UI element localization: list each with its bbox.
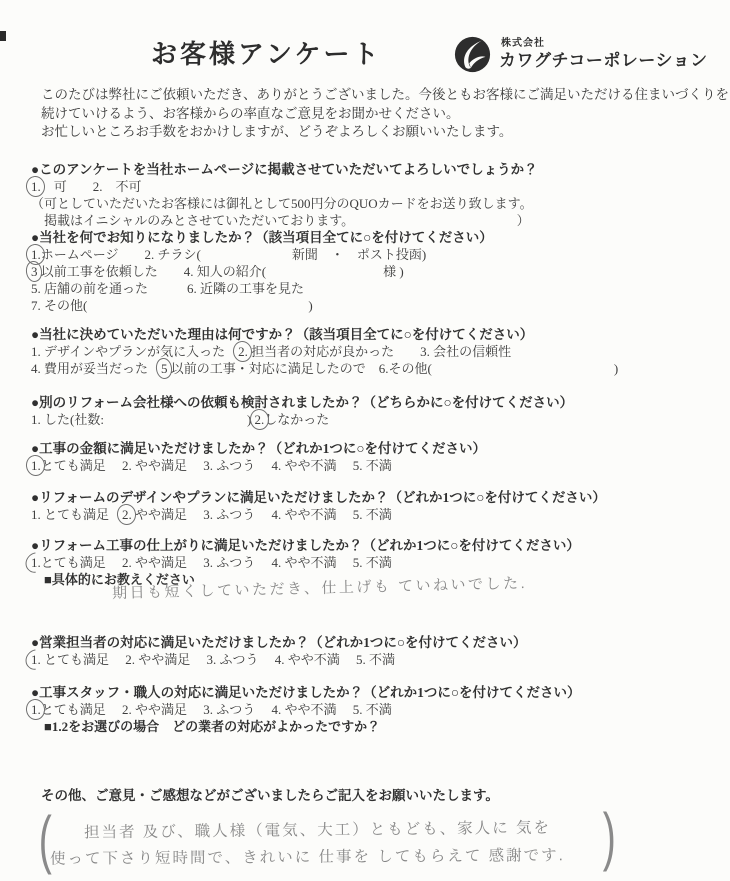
option-text: 1. した(社数: ) bbox=[31, 412, 255, 427]
question-block-1: ●このアンケートを当社ホームページに掲載させていただいてよろしいでしょうか？1.… bbox=[31, 161, 718, 229]
question-options-row: 1. 可 2. 不可 bbox=[31, 178, 718, 195]
question-options-row: 1. デザインやプランが気に入った 2. 担当者の対応が良かった 3. 会社の信… bbox=[31, 343, 718, 360]
handwritten-circle-mark: 2. bbox=[238, 343, 248, 360]
page-title: お客様アンケート bbox=[151, 34, 381, 71]
handwritten-circle-mark: 3 bbox=[31, 263, 38, 280]
question-options-row: ■1.2をお選びの場合 どの業者の対応がよかったですか？ bbox=[31, 718, 718, 735]
option-text: 4. 費用が妥当だった bbox=[31, 361, 161, 376]
option-text: とても満足 2. やや満足 3. ふつう 4. やや不満 5. 不満 bbox=[41, 458, 392, 473]
handwritten-circle-mark: 1. bbox=[31, 178, 41, 195]
question-options-row: 1. とても満足 2. やや満足 3. ふつう 4. やや不満 5. 不満 bbox=[31, 651, 718, 668]
question-heading: ●リフォーム工事の仕上がりに満足いただけましたか？（どれか1つに○を付けてくださ… bbox=[31, 537, 718, 554]
option-text: とても満足 2. やや満足 3. ふつう 4. やや不満 5. 不満 bbox=[41, 652, 395, 667]
handwritten-comment-line: 担当者 及び、職人様（電気、大工）ともども、家人に 気を bbox=[84, 816, 551, 843]
question-options-row: 1. とても満足 2. やや満足 3. ふつう 4. やや不満 5. 不満 bbox=[31, 506, 718, 523]
sub-question-label: ■1.2をお選びの場合 どの業者の対応がよかったですか？ bbox=[31, 719, 380, 734]
question-options-row: 1.ホームページ 2. チラシ( 新聞 ・ ポスト投函) bbox=[31, 246, 718, 263]
question-options-row: 4. 費用が妥当だった 5 以前の工事・対応に満足したので 6.その他( ) bbox=[31, 360, 718, 377]
question-options-row: 1.とても満足 2. やや満足 3. ふつう 4. やや不満 5. 不満 bbox=[31, 554, 718, 571]
question-options-row: 掲載はイニシャルのみとさせていただいております。 ） bbox=[31, 212, 718, 229]
option-text: 可 2. 不可 bbox=[41, 179, 142, 194]
option-text: とても満足 2. やや満足 3. ふつう 4. やや不満 5. 不満 bbox=[41, 702, 392, 717]
handwritten-circle-mark: 2. bbox=[122, 506, 132, 523]
handwritten-circle-mark: 1. bbox=[31, 457, 41, 474]
question-options-row: 1.とても満足 2. やや満足 3. ふつう 4. やや不満 5. 不満 bbox=[31, 701, 718, 718]
question-options-row: 1. した(社数: ) 2.しなかった bbox=[31, 411, 718, 428]
question-heading: ●別のリフォーム会社様への依頼も検討されましたか？（どちらかに○を付けてください… bbox=[31, 394, 718, 411]
question-options-row: 7. その他( ) bbox=[31, 297, 718, 314]
intro-line: お忙しいところお手数をおかけしますが、どうぞよろしくお願いいたします。 bbox=[41, 123, 729, 142]
question-heading: ●当社に決めていただいた理由は何ですか？（該当項目全てに○を付けてください） bbox=[31, 326, 718, 343]
handwritten-circle-mark: 2. bbox=[255, 411, 265, 428]
question-heading: ●当社を何でお知りになりましたか？（該当項目全てに○を付けてください） bbox=[31, 229, 718, 246]
footer-prompt: その他、ご意見・ご感想などがございましたらご記入をお願いいたします。 bbox=[41, 784, 499, 804]
handwritten-comment-line: 使って下さり短時間で、きれいに 仕事を してもらえて 感謝です. bbox=[50, 843, 565, 869]
handwritten-circle-mark: 5 bbox=[161, 360, 168, 377]
handwritten-circle-mark: 1. bbox=[31, 554, 41, 571]
question-heading: ●営業担当者の対応に満足いただけましたか？（どれか1つに○を付けてください） bbox=[31, 634, 718, 651]
option-text: とても満足 2. やや満足 3. ふつう 4. やや不満 5. 不満 bbox=[41, 555, 392, 570]
question-block-6: ●リフォームのデザインやプランに満足いただけましたか？（どれか1つに○を付けてく… bbox=[31, 489, 718, 523]
intro-paragraph: このたびは弊社にご依頼いただき、ありがとうございました。今後ともお客様にご満足い… bbox=[41, 86, 729, 142]
company-logo-icon bbox=[454, 36, 491, 73]
scanned-survey-document: お客様アンケート 株式会社 カワグチコーポレーション このたびは弊社にご依頼いた… bbox=[0, 0, 730, 881]
option-text: 7. その他( ) bbox=[31, 298, 313, 313]
option-text: 担当者の対応が良かった 3. 会社の信頼性 bbox=[248, 344, 511, 359]
question-options-row: 3 以前工事を依頼した 4. 知人の紹介( 様 ) bbox=[31, 263, 718, 280]
question-options-row: 1.とても満足 2. やや満足 3. ふつう 4. やや不満 5. 不満 bbox=[31, 457, 718, 474]
question-options-row: 5. 店舗の前を通った 6. 近隣の工事を見た bbox=[31, 280, 718, 297]
handwritten-circle-mark: 1. bbox=[31, 651, 41, 668]
intro-line: 続けていけるよう、お客様からの率直なご意見をお聞かせください。 bbox=[41, 105, 729, 124]
question-block-8: ●営業担当者の対応に満足いただけましたか？（どれか1つに○を付けてください）1.… bbox=[31, 634, 718, 668]
option-text: 1. デザインやプランが気に入った bbox=[31, 344, 238, 359]
option-text: 以前工事を依頼した 4. 知人の紹介( 様 ) bbox=[38, 264, 404, 279]
question-options-row: （可としていただいたお客様には御礼として500円分のQUOカードをお送り致します… bbox=[31, 195, 718, 212]
question-block-3: ●当社に決めていただいた理由は何ですか？（該当項目全てに○を付けてください）1.… bbox=[31, 326, 718, 377]
option-text: 掲載はイニシャルのみとさせていただいております。 ） bbox=[31, 213, 530, 228]
question-block-2: ●当社を何でお知りになりましたか？（該当項目全てに○を付けてください）1.ホーム… bbox=[31, 229, 718, 314]
question-heading: ●工事スタッフ・職人の対応に満足いただけましたか？（どれか1つに○を付けてくださ… bbox=[31, 684, 718, 701]
handwritten-bracket-right: ) bbox=[603, 798, 616, 873]
question-heading: ●このアンケートを当社ホームページに掲載させていただいてよろしいでしょうか？ bbox=[31, 161, 718, 178]
option-text: 以前の工事・対応に満足したので 6.その他( ) bbox=[168, 361, 619, 376]
company-name-label: カワグチコーポレーション bbox=[499, 46, 708, 71]
handwritten-circle-mark: 1. bbox=[31, 701, 41, 718]
option-text: 5. 店舗の前を通った 6. 近隣の工事を見た bbox=[31, 281, 304, 296]
question-heading: ●工事の金額に満足いただけましたか？（どれか1つに○を付けてください） bbox=[31, 440, 718, 457]
scan-edge-artifact bbox=[0, 31, 6, 41]
intro-line: このたびは弊社にご依頼いただき、ありがとうございました。今後ともお客様にご満足い… bbox=[41, 86, 729, 105]
question-heading: ●リフォームのデザインやプランに満足いただけましたか？（どれか1つに○を付けてく… bbox=[31, 489, 718, 506]
question-block-4: ●別のリフォーム会社様への依頼も検討されましたか？（どちらかに○を付けてください… bbox=[31, 394, 718, 428]
question-block-5: ●工事の金額に満足いただけましたか？（どれか1つに○を付けてください）1.とても… bbox=[31, 440, 718, 474]
option-text: 1. とても満足 bbox=[31, 507, 122, 522]
question-block-9: ●工事スタッフ・職人の対応に満足いただけましたか？（どれか1つに○を付けてくださ… bbox=[31, 684, 718, 735]
option-text: （可としていただいたお客様には御礼として500円分のQUOカードをお送り致します… bbox=[31, 196, 533, 211]
option-text: ホームページ 2. チラシ( 新聞 ・ ポスト投函) bbox=[41, 247, 426, 262]
option-text: やや満足 3. ふつう 4. やや不満 5. 不満 bbox=[132, 507, 392, 522]
option-text: しなかった bbox=[264, 412, 329, 427]
